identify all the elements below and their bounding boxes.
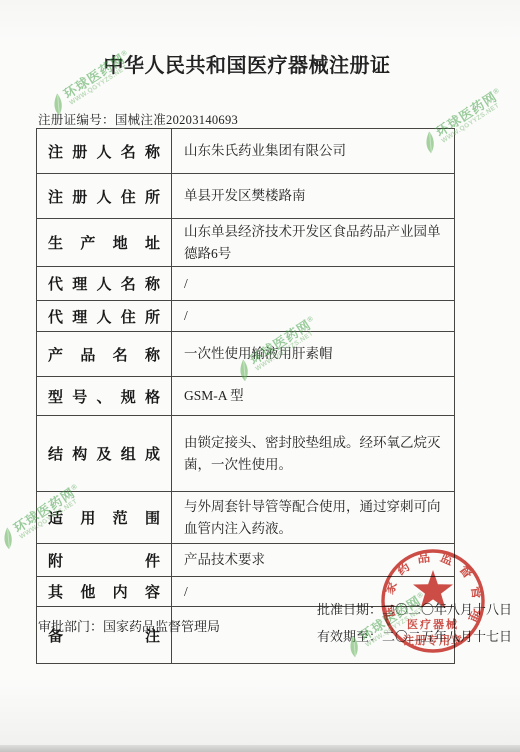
row-label: 型号、规格 [37,377,172,416]
table-row-model-spec: 型号、规格 GSM-A 型 [37,377,455,416]
row-label: 注册人名称 [37,129,172,174]
row-label: 代理人住所 [37,301,172,332]
row-value: 一次性使用输液用肝素帽 [172,332,455,377]
table-row-agent-address: 代理人住所 / [37,301,455,332]
leaf-icon [0,526,20,552]
registration-number-label: 注册证编号： [38,113,115,127]
certificate-sheet: 中华人民共和国医疗器械注册证 注册证编号：国械注准20203140693 注册人… [0,0,520,745]
table-row-registrant-name: 注册人名称 山东朱氏药业集团有限公司 [37,129,455,174]
row-label: 其他内容 [37,577,172,607]
row-label: 适用范围 [37,492,172,544]
row-label: 结构及组成 [37,416,172,492]
seal-text-line1: 医疗器械 [407,617,459,631]
row-value: GSM-A 型 [172,377,455,416]
table-row-production-address: 生产地址 山东单县经济技术开发区食品药品产业园单德路6号 [37,219,455,267]
row-value: 单县开发区樊楼路南 [172,174,455,219]
approval-department: 国家药品监督管理局 [103,619,220,634]
row-label: 产品名称 [37,332,172,377]
row-label: 代理人名称 [37,267,172,301]
scan-edge-shadow [0,745,520,752]
row-value: 山东朱氏药业集团有限公司 [172,129,455,174]
seal-star [413,570,453,608]
seal-text-line2: 注册专用章 [403,633,463,647]
table-row-structure-composition: 结构及组成 由锁定接头、密封胶垫组成。经环氧乙烷灭菌，一次性使用。 [37,416,455,492]
certificate-title: 中华人民共和国医疗器械注册证 [0,49,494,78]
registration-number-line: 注册证编号：国械注准20203140693 [38,110,238,128]
row-label: 注册人住所 [37,174,172,219]
approval-department-line: 审批部门：国家药品监督管理局 [38,616,220,635]
table-row-registrant-address: 注册人住所 单县开发区樊楼路南 [37,174,455,219]
row-value: / [172,301,455,332]
row-value: 由锁定接头、密封胶垫组成。经环氧乙烷灭菌，一次性使用。 [172,416,455,492]
registration-number: 国械注准20203140693 [115,113,238,127]
approval-department-label: 审批部门： [38,619,103,634]
row-label: 生产地址 [37,219,172,267]
row-label: 附件 [37,544,172,577]
table-row-agent-name: 代理人名称 / [37,267,455,301]
table-row-product-name: 产品名称 一次性使用输液用肝素帽 [37,332,455,377]
row-value: 山东单县经济技术开发区食品药品产业园单德路6号 [172,219,455,267]
official-seal: 国家药品监督管理局 医疗器械 注册专用章 [363,531,503,671]
row-value: / [172,267,455,301]
